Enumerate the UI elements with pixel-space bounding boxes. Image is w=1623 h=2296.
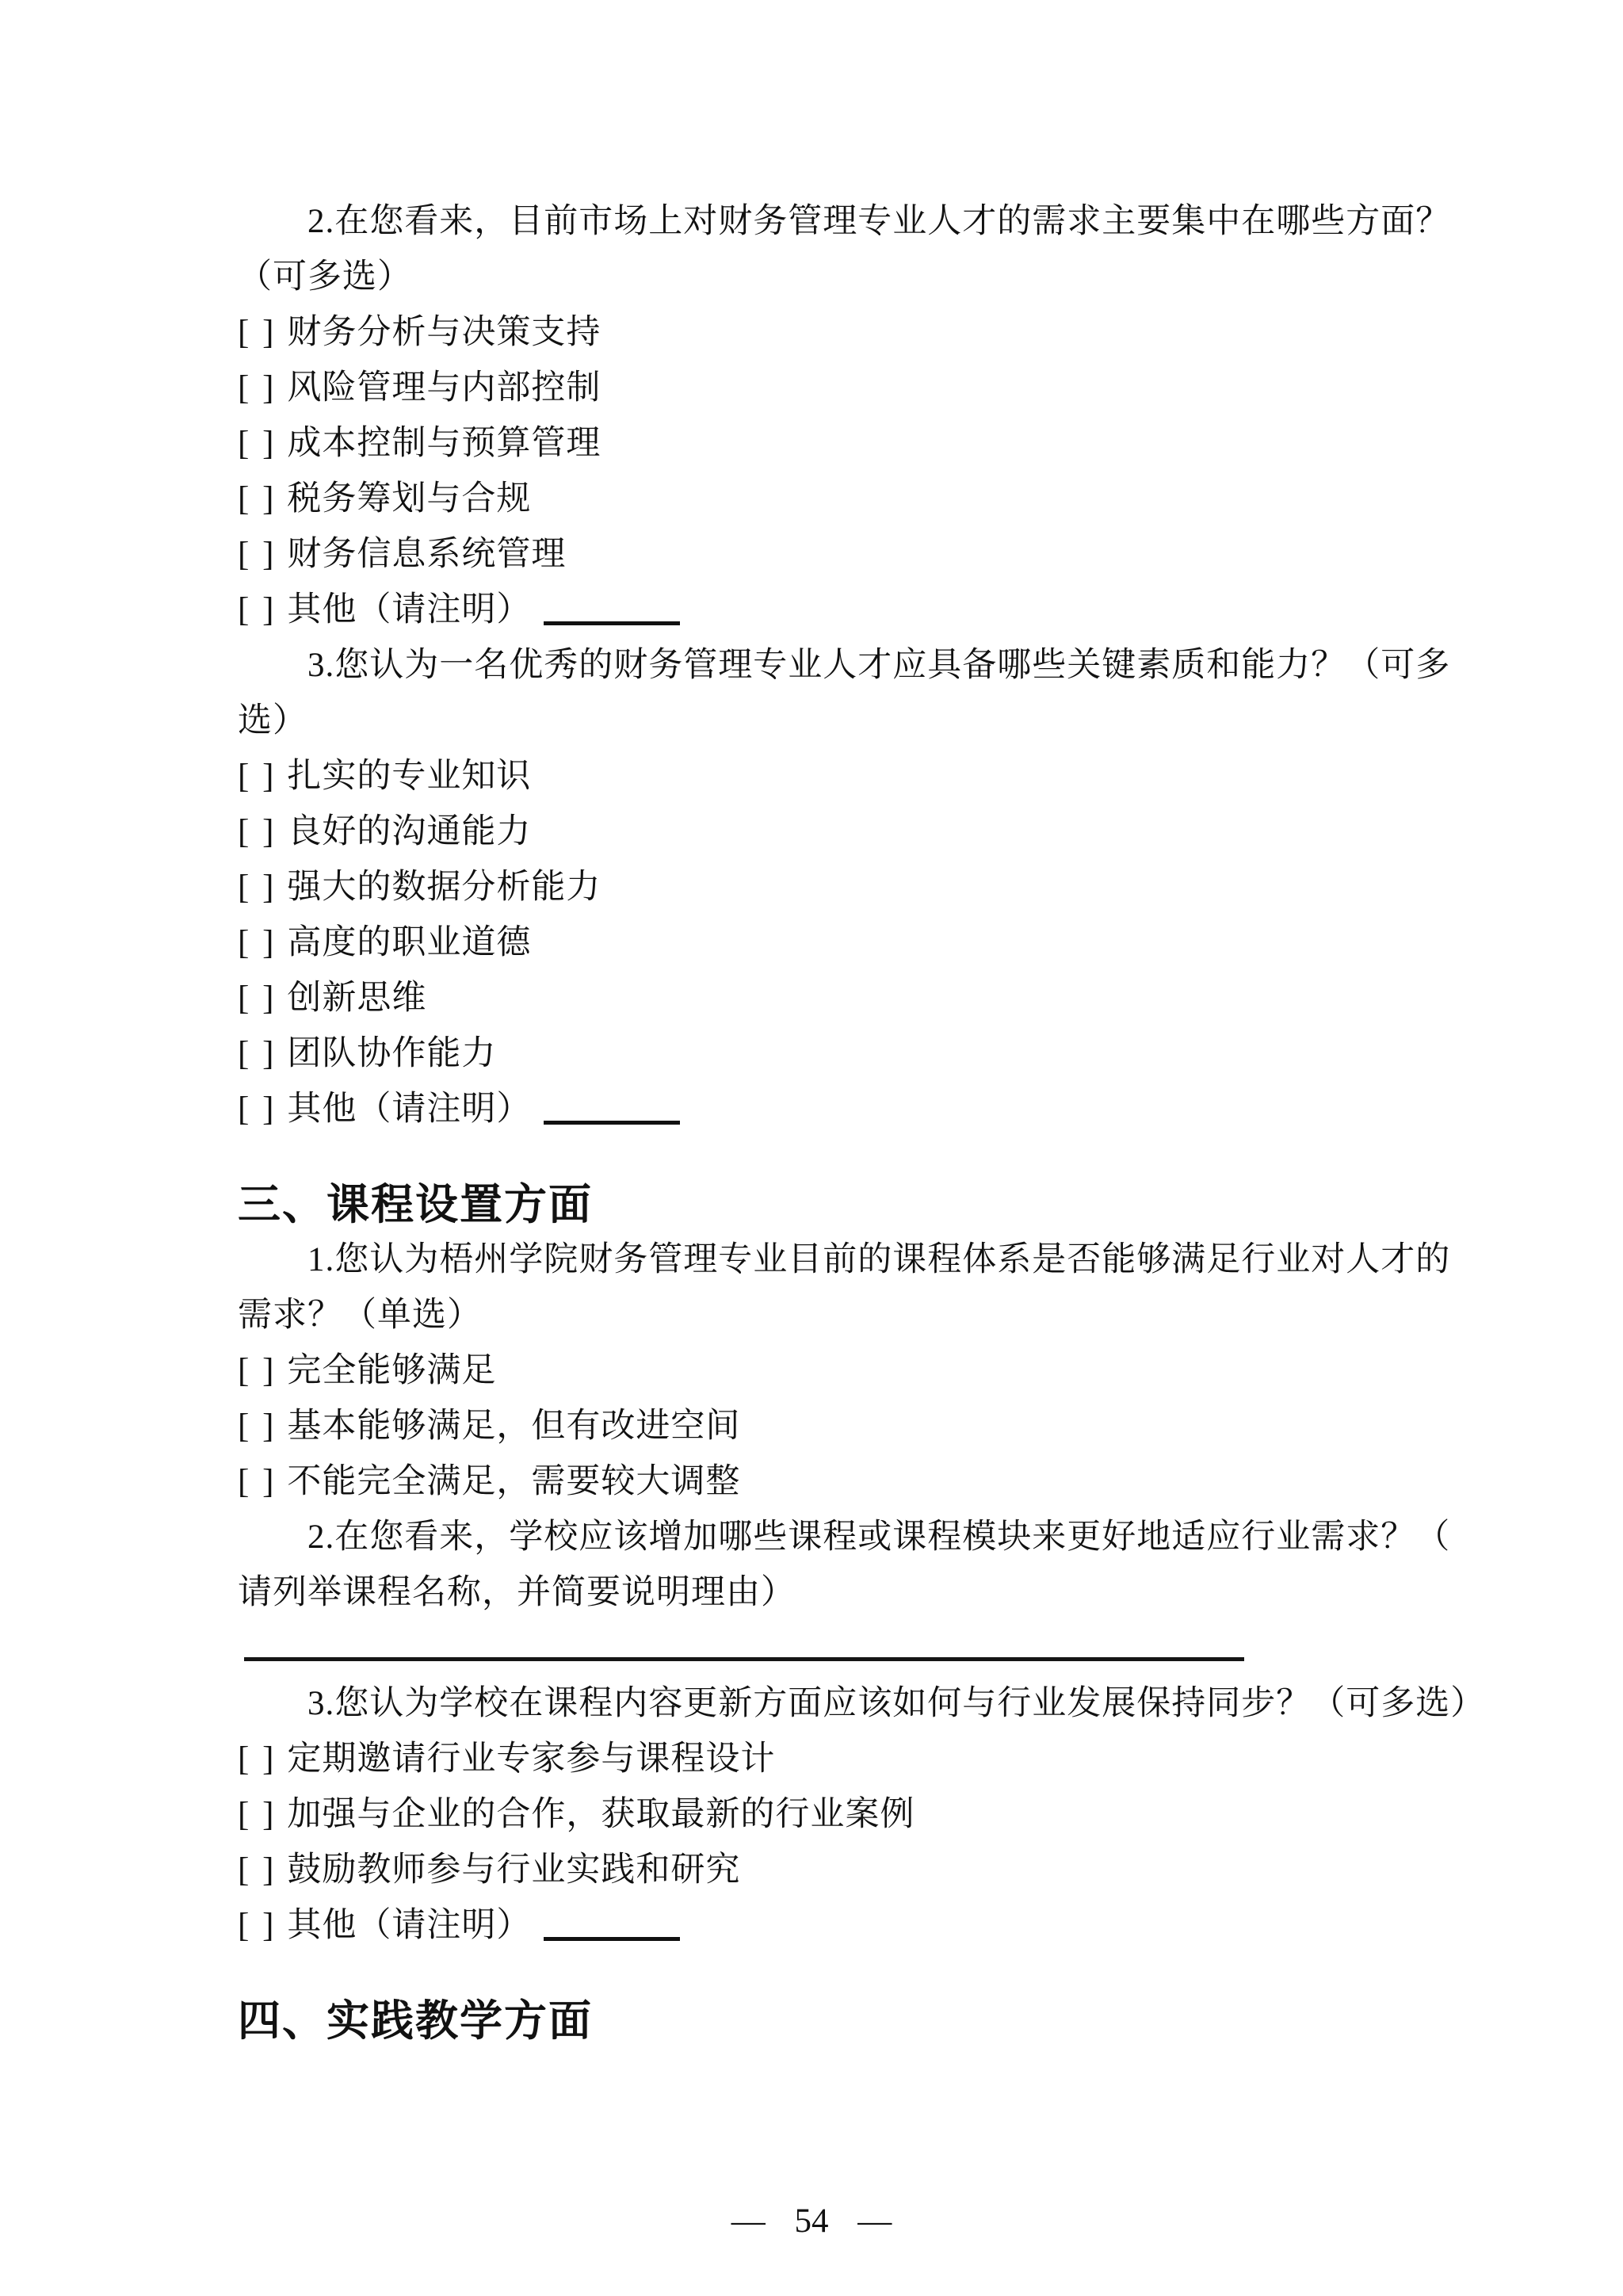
text-line: 请列举课程名称，并简要说明理由） (238, 1565, 1403, 1621)
option-label: 团队协作能力 (287, 1035, 496, 1072)
checkbox-option-row: [ ]鼓励教师参与行业实践和研究 (238, 1843, 1403, 1898)
checkbox-icon: [ ] (238, 1035, 276, 1072)
text-line: 需求？（单选） (238, 1288, 1403, 1343)
option-label: 财务分析与决策支持 (287, 314, 601, 351)
option-label: 财务信息系统管理 (287, 536, 566, 573)
checkbox-option-row: [ ]良好的沟通能力 (238, 804, 1403, 860)
option-label: 高度的职业道德 (287, 924, 531, 961)
fill-in-blank-line (544, 621, 680, 625)
option-label: 强大的数据分析能力 (287, 869, 601, 906)
checkbox-option-row: [ ]其他（请注明） (238, 583, 1403, 638)
checkbox-option-row: [ ]财务分析与决策支持 (238, 305, 1403, 361)
checkbox-option-row: [ ]财务信息系统管理 (238, 527, 1403, 583)
option-label: 完全能够满足 (287, 1352, 496, 1389)
fill-in-blank-line (544, 1937, 680, 1941)
option-label: 不能完全满足，需要较大调整 (287, 1463, 740, 1500)
option-label: 创新思维 (287, 980, 426, 1017)
checkbox-icon: [ ] (238, 1796, 276, 1833)
section-heading: 四、实践教学方面 (238, 1993, 1403, 2049)
option-label: 风险管理与内部控制 (287, 369, 601, 407)
question-line: 2.在您看来，目前市场上对财务管理专业人才的需求主要集中在哪些方面？ (238, 194, 1403, 250)
checkbox-option-row: [ ]税务筹划与合规 (238, 472, 1403, 527)
checkbox-option-row: [ ]基本能够满足，但有改进空间 (238, 1399, 1403, 1454)
checkbox-icon: [ ] (238, 813, 276, 850)
checkbox-icon: [ ] (238, 924, 276, 961)
question-line: 3.您认为学校在课程内容更新方面应该如何与行业发展保持同步？（可多选） (238, 1676, 1403, 1732)
fill-in-blank-line (544, 1121, 680, 1125)
answer-blank-line-row (238, 1621, 1403, 1676)
checkbox-icon: [ ] (238, 980, 276, 1017)
checkbox-option-row: [ ]不能完全满足，需要较大调整 (238, 1454, 1403, 1510)
checkbox-icon: [ ] (238, 369, 276, 407)
question-line: 3.您认为一名优秀的财务管理专业人才应具备哪些关键素质和能力？（可多 (238, 638, 1403, 693)
document-page: 2.在您看来，目前市场上对财务管理专业人才的需求主要集中在哪些方面？（可多选）[… (0, 0, 1623, 2296)
checkbox-option-row: [ ]定期邀请行业专家参与课程设计 (238, 1732, 1403, 1787)
checkbox-icon: [ ] (238, 1463, 276, 1500)
checkbox-option-row: [ ]高度的职业道德 (238, 915, 1403, 971)
answer-blank-line (244, 1657, 1244, 1661)
question-line: 1.您认为梧州学院财务管理专业目前的课程体系是否能够满足行业对人才的 (238, 1232, 1403, 1288)
checkbox-icon: [ ] (238, 425, 276, 462)
checkbox-option-row: [ ]成本控制与预算管理 (238, 416, 1403, 472)
checkbox-option-row: [ ]其他（请注明） (238, 1082, 1403, 1137)
text-line: （可多选） (238, 250, 1403, 305)
option-label: 其他（请注明） (287, 591, 531, 628)
option-label: 税务筹划与合规 (287, 480, 531, 518)
checkbox-icon: [ ] (238, 1408, 276, 1445)
option-label: 加强与企业的合作，获取最新的行业案例 (287, 1796, 915, 1833)
checkbox-option-row: [ ]强大的数据分析能力 (238, 860, 1403, 915)
checkbox-icon: [ ] (238, 758, 276, 795)
option-label: 其他（请注明） (287, 1907, 531, 1944)
option-label: 基本能够满足，但有改进空间 (287, 1408, 740, 1445)
checkbox-option-row: [ ]风险管理与内部控制 (238, 361, 1403, 416)
option-label: 扎实的专业知识 (287, 758, 531, 795)
text-line: 选） (238, 693, 1403, 749)
option-label: 良好的沟通能力 (287, 813, 531, 850)
checkbox-icon: [ ] (238, 314, 276, 351)
checkbox-icon: [ ] (238, 480, 276, 518)
option-label: 成本控制与预算管理 (287, 425, 601, 462)
document-content: 2.在您看来，目前市场上对财务管理专业人才的需求主要集中在哪些方面？（可多选）[… (238, 194, 1403, 2049)
checkbox-option-row: [ ]完全能够满足 (238, 1343, 1403, 1399)
checkbox-icon: [ ] (238, 591, 276, 628)
option-label: 其他（请注明） (287, 1091, 531, 1128)
checkbox-option-row: [ ]创新思维 (238, 971, 1403, 1026)
question-line: 2.在您看来，学校应该增加哪些课程或课程模块来更好地适应行业需求？（ (238, 1510, 1403, 1565)
checkbox-icon: [ ] (238, 1091, 276, 1128)
checkbox-icon: [ ] (238, 869, 276, 906)
checkbox-option-row: [ ]扎实的专业知识 (238, 749, 1403, 804)
checkbox-icon: [ ] (238, 1907, 276, 1944)
checkbox-icon: [ ] (238, 1851, 276, 1889)
section-heading: 三、课程设置方面 (238, 1177, 1403, 1232)
checkbox-option-row: [ ]加强与企业的合作，获取最新的行业案例 (238, 1787, 1403, 1843)
checkbox-icon: [ ] (238, 1352, 276, 1389)
page-number: — 54 — (731, 2202, 892, 2240)
page-footer: — 54 — (0, 2194, 1623, 2249)
option-label: 鼓励教师参与行业实践和研究 (287, 1851, 740, 1889)
checkbox-icon: [ ] (238, 536, 276, 573)
option-label: 定期邀请行业专家参与课程设计 (287, 1740, 775, 1778)
checkbox-icon: [ ] (238, 1740, 276, 1778)
checkbox-option-row: [ ]其他（请注明） (238, 1898, 1403, 1954)
checkbox-option-row: [ ]团队协作能力 (238, 1026, 1403, 1082)
